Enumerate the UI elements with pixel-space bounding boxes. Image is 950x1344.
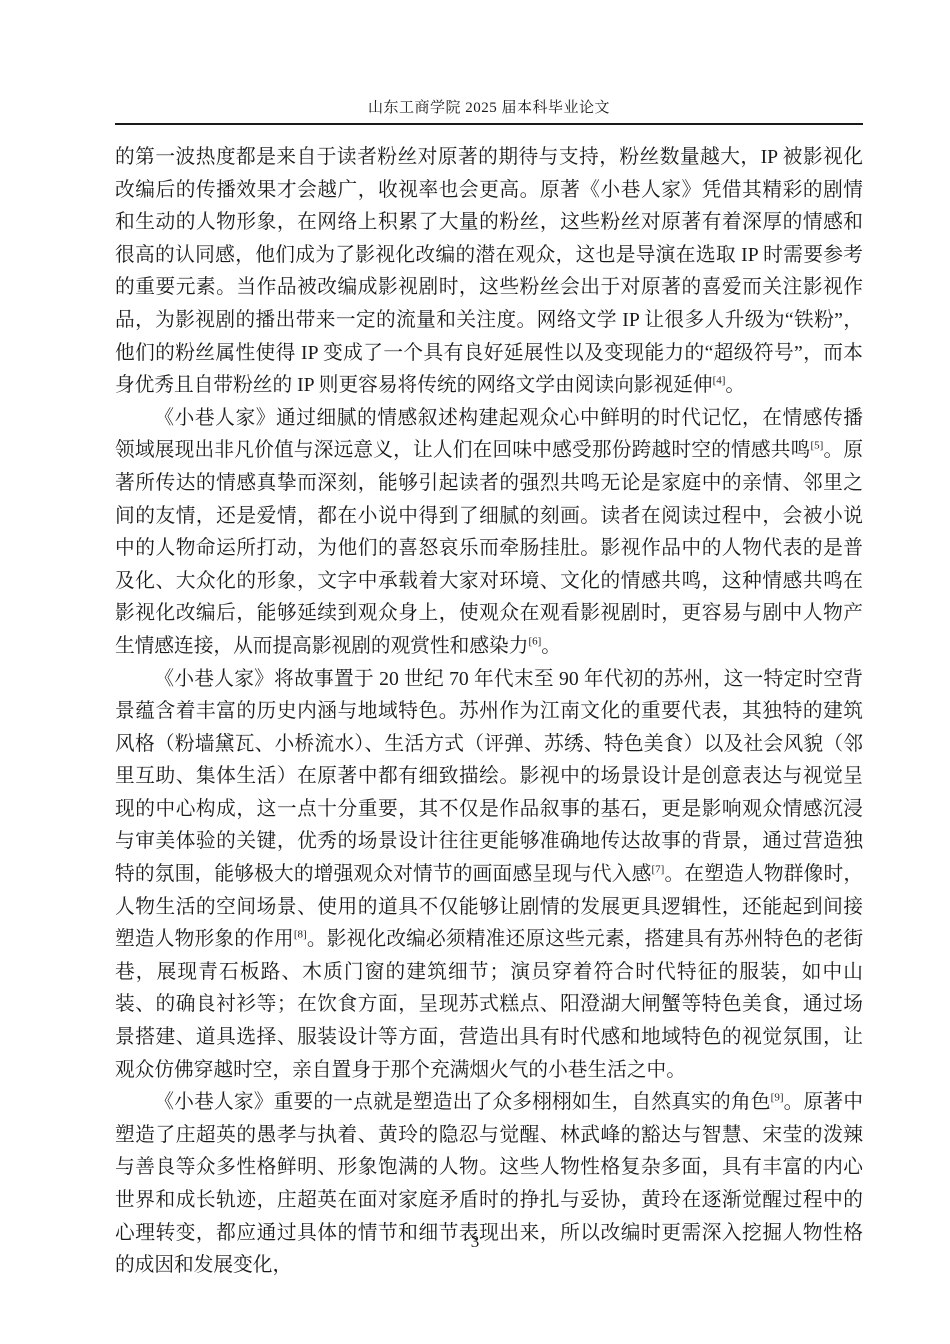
citation-ref: [9] [771, 1092, 784, 1104]
citation-ref: [7] [651, 864, 664, 876]
header-title: 山东工商学院 2025 届本科毕业论文 [368, 100, 610, 116]
paragraph-text: 。原著所传达的情感真挚而深刻，能够引起读者的强烈共鸣无论是家庭中的亲情、邻里之间… [115, 439, 863, 657]
paragraph: 的第一波热度都是来自于读者粉丝对原著的期待与支持，粉丝数量越大，IP 被影视化改… [115, 141, 863, 402]
paragraph-text: 《小巷人家》重要的一点就是塑造出了众多栩栩如生，自然真实的角色 [154, 1091, 770, 1113]
thesis-page: 山东工商学院 2025 届本科毕业论文 的第一波热度都是来自于读者粉丝对原著的期… [0, 0, 950, 1344]
citation-ref: [6] [528, 635, 541, 647]
paragraph-text: 《小巷人家》将故事置于 20 世纪 70 年代末至 90 年代初的苏州，这一特定… [115, 668, 863, 886]
paragraph-text: 。影视化改编必须精准还原这些元素，搭建具有苏州特色的老街巷，展现青石板路、木质门… [115, 928, 863, 1080]
paragraph-text: 《小巷人家》通过细腻的情感叙述构建起观众心中鲜明的时代记忆，在情感传播领域展现出… [115, 407, 863, 462]
page-header: 山东工商学院 2025 届本科毕业论文 [115, 96, 863, 125]
document-body: 的第一波热度都是来自于读者粉丝对原著的期待与支持，粉丝数量越大，IP 被影视化改… [115, 141, 863, 1282]
citation-ref: [4] [713, 375, 726, 387]
paragraph: 《小巷人家》通过细腻的情感叙述构建起观众心中鲜明的时代记忆，在情感传播领域展现出… [115, 402, 863, 663]
paragraph-text: 。 [725, 374, 745, 396]
paragraph-text: 的第一波热度都是来自于读者粉丝对原著的期待与支持，粉丝数量越大，IP 被影视化改… [115, 146, 863, 396]
paragraph: 《小巷人家》重要的一点就是塑造出了众多栩栩如生，自然真实的角色[9]。原著中塑造… [115, 1086, 863, 1282]
paragraph-text: 。 [541, 635, 561, 657]
page-number: 3 [471, 1232, 480, 1251]
citation-ref: [8] [294, 929, 307, 941]
page-footer: 3 [0, 1232, 950, 1252]
paragraph: 《小巷人家》将故事置于 20 世纪 70 年代末至 90 年代初的苏州，这一特定… [115, 663, 863, 1087]
citation-ref: [5] [810, 440, 823, 452]
